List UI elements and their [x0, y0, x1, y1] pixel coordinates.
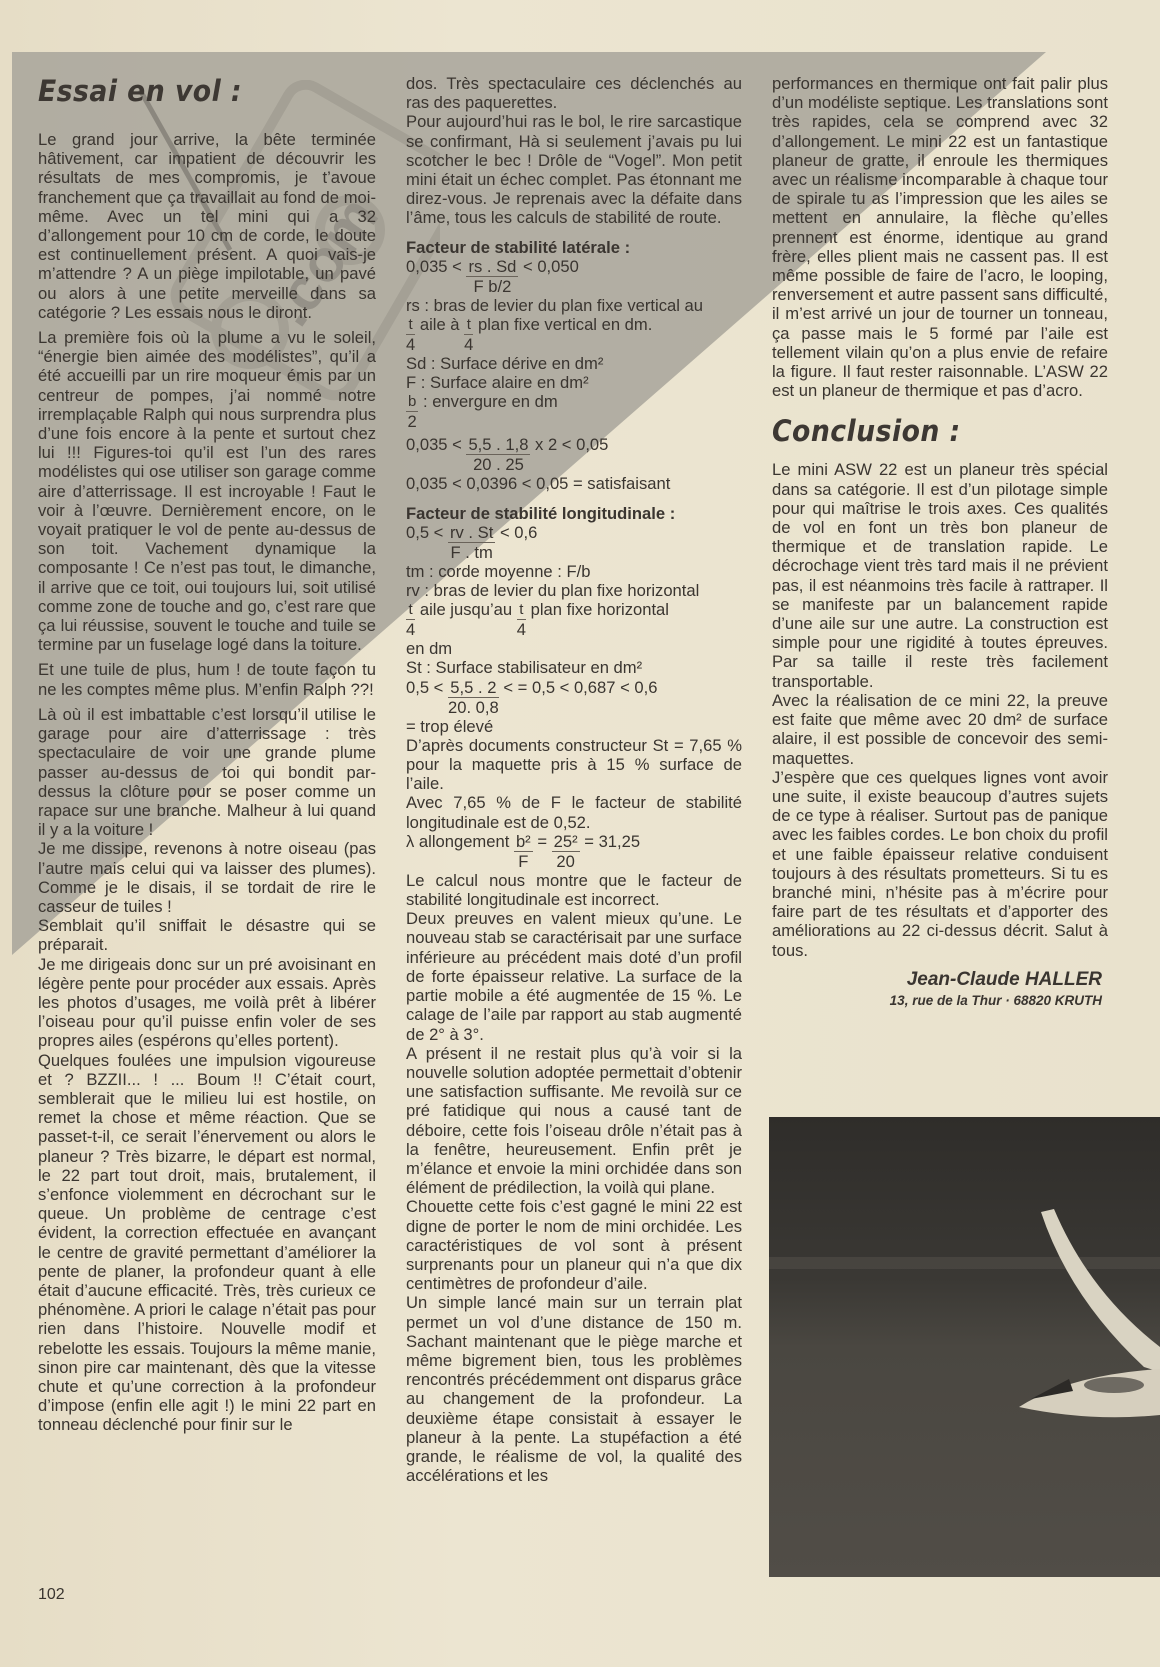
left-column: Essai en vol : Le grand jour arrive, la …	[38, 74, 376, 1435]
photo-illustration	[769, 1117, 1160, 1577]
paragraph: Quelques foulées une impulsion vigoureus…	[38, 1051, 376, 1435]
lateral-stability-formula: 0,035 < rs . Sd F b/2 < 0,050	[406, 257, 742, 296]
st-definition: St : Surface stabilisateur en dm²	[406, 658, 742, 677]
author-name: Jean-Claude HALLER	[772, 968, 1108, 992]
right-column: performances en thermique ont fait palir…	[772, 74, 1108, 1010]
rv-unit: en dm	[406, 639, 742, 658]
paragraph: D’après documents constructeur St = 7,65…	[406, 736, 742, 794]
paragraph: J’espère que ces quelques lignes vont av…	[772, 768, 1108, 960]
paragraph: A présent il ne restait plus qu’à voir s…	[406, 1044, 742, 1198]
rs-definition: rs : bras de levier du plan fixe vertica…	[406, 296, 742, 315]
aspect-ratio-formula: λ allongement b²F = 25²20 = 31,25	[406, 832, 742, 871]
longitudinal-calculation: 0,5 < 5,5 . 220. 0,8 < = 0,5 < 0,687 < 0…	[406, 678, 742, 717]
b-definition: b2 : envergure en dm	[406, 392, 742, 431]
sd-definition: Sd : Surface dérive en dm²	[406, 354, 742, 373]
middle-column: dos. Très spectaculaire ces déclenchés a…	[406, 74, 742, 1485]
paragraph: Le calcul nous montre que le facteur de …	[406, 871, 742, 909]
paragraph: Un simple lancé main sur un terrain plat…	[406, 1293, 742, 1485]
longitudinal-stability-title: Facteur de stabilité longitudinale :	[406, 504, 742, 523]
paragraph: Avec 7,65 % de F le facteur de stabilité…	[406, 793, 742, 831]
paragraph: dos. Très spectaculaire ces déclenchés a…	[406, 74, 742, 112]
paragraph: La première fois où la plume a vu le sol…	[38, 328, 376, 654]
rs-definition-fraction-line: t4 aile à t4 plan fixe vertical en dm.	[406, 315, 742, 354]
lateral-stability-title: Facteur de stabilité latérale :	[406, 238, 742, 257]
paragraph: performances en thermique ont fait palir…	[772, 74, 1108, 400]
paragraph: Je me dirigeais donc sur un pré avoisina…	[38, 955, 376, 1051]
paragraph: Avec la réalisation de ce mini 22, la pr…	[772, 691, 1108, 768]
paragraph: Là où il est imbattable c’est lorsqu’il …	[38, 705, 376, 839]
paragraph: Le mini ASW 22 est un planeur très spéci…	[772, 460, 1108, 690]
author-address: 13, rue de la Thur · 68820 KRUTH	[772, 992, 1108, 1010]
longitudinal-result: = trop élevé	[406, 717, 742, 736]
lateral-calculation: 0,035 < 5,5 . 1,820 . 25 x 2 < 0,05	[406, 435, 742, 474]
page-number: 102	[38, 1586, 65, 1604]
section-title-essai-en-vol: Essai en vol :	[38, 74, 349, 108]
paragraph: Je me dissipe, revenons à notre oiseau (…	[38, 839, 376, 916]
lateral-result: 0,035 < 0,0396 < 0,05 = satisfaisant	[406, 474, 742, 493]
longitudinal-stability-formula: 0,5 < rv . StF . tm < 0,6	[406, 523, 742, 562]
paragraph: Et une tuile de plus, hum ! de toute faç…	[38, 660, 376, 698]
rv-definition-fraction-line: t4 aile jusqu’au t4 plan fixe horizontal	[406, 600, 742, 639]
paragraph: Semblait qu’il sniffait le désastre qui …	[38, 916, 376, 954]
tm-definition: tm : corde moyenne : F/b	[406, 562, 742, 581]
paragraph: Pour aujourd’hui ras le bol, le rire sar…	[406, 112, 742, 227]
rv-definition: rv : bras de levier du plan fixe horizon…	[406, 581, 742, 600]
f-definition: F : Surface alaire en dm²	[406, 373, 742, 392]
paragraph: Deux preuves en valent mieux qu’une. Le …	[406, 909, 742, 1043]
glider-on-grass-photo	[769, 1117, 1160, 1577]
paragraph: Chouette cette fois c’est gagné le mini …	[406, 1197, 742, 1293]
section-title-conclusion: Conclusion :	[772, 414, 1081, 448]
fraction: rs . Sd F b/2	[466, 257, 518, 296]
paragraph: Le grand jour arrive, la bête terminée h…	[38, 130, 376, 322]
